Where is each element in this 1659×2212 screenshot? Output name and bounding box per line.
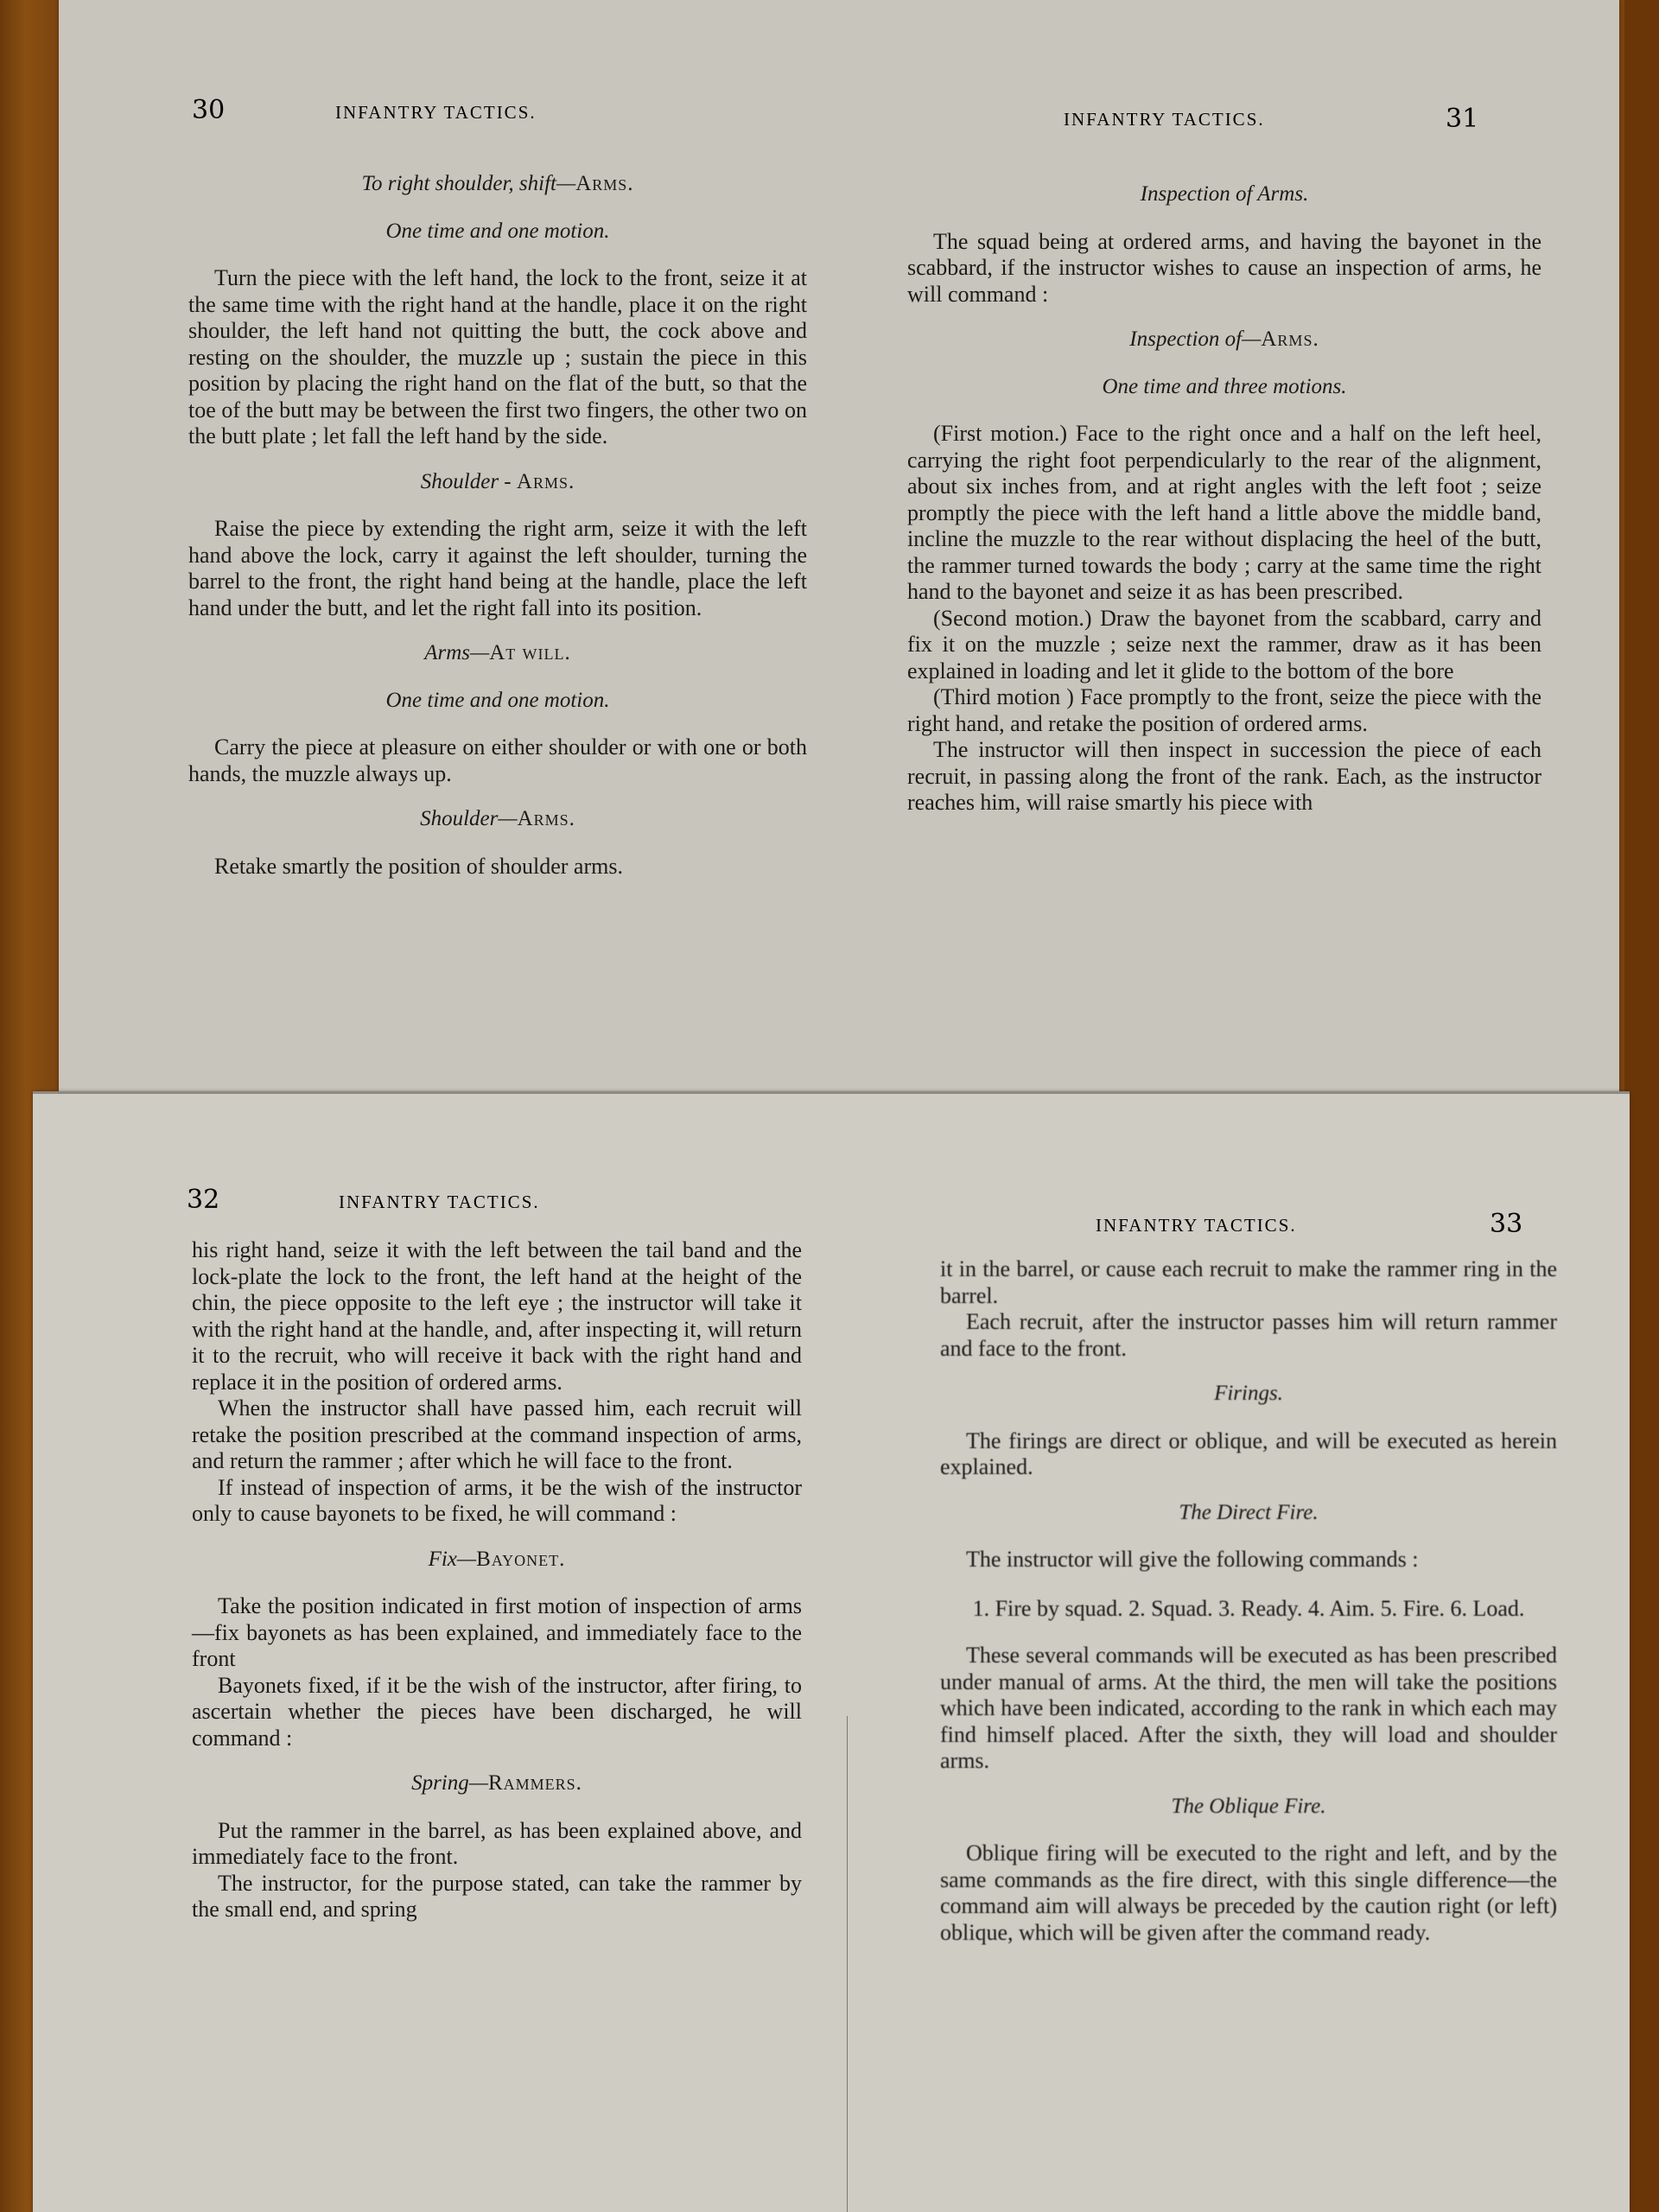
body-paragraph: (Third motion ) Face promptly to the fro… xyxy=(907,684,1541,737)
heading-command: Bayonet. xyxy=(476,1548,565,1571)
heading-command: Arms. xyxy=(575,172,633,195)
section-heading: The Direct Fire. xyxy=(940,1500,1557,1527)
gutter xyxy=(828,207,829,950)
heading-command: Arms. xyxy=(518,807,575,830)
body-paragraph: Bayonets fixed, if it be the wish of the… xyxy=(192,1673,802,1752)
section-heading: One time and one motion. xyxy=(188,219,807,245)
body-paragraph: Carry the piece at pleasure on either sh… xyxy=(188,734,807,787)
page-number: 33 xyxy=(1490,1209,1522,1239)
section-heading: Shoulder—Arms. xyxy=(188,806,807,833)
bottom-sheet: 32 INFANTRY TACTICS. his right hand, sei… xyxy=(33,1091,1630,2212)
top-sheet: 30 INFANTRY TACTICS. To right shoulder, … xyxy=(59,0,1619,1091)
command-list: 1. Fire by squad. 2. Squad. 3. Ready. 4.… xyxy=(940,1596,1557,1623)
heading-italic: To right shoulder, shift— xyxy=(361,172,575,195)
heading-italic: Shoulder— xyxy=(420,807,518,830)
heading-italic: The Direct Fire. xyxy=(1179,1501,1318,1524)
section-heading: One time and one motion. xyxy=(188,688,807,715)
page-number: 31 xyxy=(1446,104,1478,134)
heading-italic: Inspection of Arms. xyxy=(1141,182,1309,206)
heading-command: At will. xyxy=(489,641,571,664)
body-paragraph: The squad being at ordered arms, and hav… xyxy=(907,229,1541,308)
heading-command: Rammers. xyxy=(488,1771,582,1795)
heading-italic: Fix— xyxy=(429,1548,477,1571)
body-paragraph: Raise the piece by extending the right a… xyxy=(188,516,807,621)
body-paragraph: The firings are direct or oblique, and w… xyxy=(940,1428,1557,1481)
heading-italic: Shoulder - xyxy=(421,470,517,493)
running-title: INFANTRY TACTICS. xyxy=(335,102,537,124)
body-paragraph: Retake smartly the position of shoulder … xyxy=(188,854,807,880)
gutter xyxy=(847,1716,848,2212)
section-heading: Firings. xyxy=(940,1381,1557,1408)
section-heading: Arms—At will. xyxy=(188,640,807,667)
heading-italic: One time and one motion. xyxy=(386,689,610,712)
page-31-body: Inspection of Arms.The squad being at or… xyxy=(907,162,1541,817)
body-paragraph: The instructor will give the following c… xyxy=(940,1547,1557,1573)
body-paragraph: Take the position indicated in first mot… xyxy=(192,1593,802,1673)
body-paragraph: (First motion.) Face to the right once a… xyxy=(907,421,1541,606)
heading-italic: Spring— xyxy=(411,1771,488,1795)
section-heading: To right shoulder, shift—Arms. xyxy=(188,171,807,198)
heading-italic: The Oblique Fire. xyxy=(1172,1795,1326,1818)
running-title: INFANTRY TACTICS. xyxy=(339,1192,540,1213)
running-title: INFANTRY TACTICS. xyxy=(1064,109,1265,130)
heading-italic: Arms— xyxy=(424,641,489,664)
body-paragraph: Oblique firing will be executed to the r… xyxy=(940,1840,1557,1946)
body-paragraph: If instead of inspection of arms, it be … xyxy=(192,1475,802,1528)
body-paragraph: his right hand, seize it with the left b… xyxy=(192,1237,802,1395)
body-paragraph: Put the rammer in the barrel, as has bee… xyxy=(192,1818,802,1871)
wood-background-right xyxy=(1624,0,1659,2212)
section-heading: One time and three motions. xyxy=(907,374,1541,401)
heading-italic: One time and three motions. xyxy=(1102,375,1346,398)
heading-italic: Firings. xyxy=(1214,1382,1283,1405)
running-title: INFANTRY TACTICS. xyxy=(1096,1215,1297,1236)
section-heading: Inspection of Arms. xyxy=(907,181,1541,208)
body-paragraph: it in the barrel, or cause each recruit … xyxy=(940,1256,1557,1309)
heading-italic: Inspection of— xyxy=(1129,327,1261,351)
body-paragraph: When the instructor shall have passed hi… xyxy=(192,1395,802,1475)
page-32-body: his right hand, seize it with the left b… xyxy=(192,1237,802,1923)
body-paragraph: The instructor, for the purpose stated, … xyxy=(192,1871,802,1923)
body-paragraph: Each recruit, after the instructor passe… xyxy=(940,1309,1557,1362)
section-heading: The Oblique Fire. xyxy=(940,1794,1557,1821)
body-paragraph: The instructor will then inspect in succ… xyxy=(907,737,1541,817)
body-paragraph: Turn the piece with the left hand, the l… xyxy=(188,265,807,450)
page-number: 32 xyxy=(187,1185,219,1215)
section-heading: Shoulder - Arms. xyxy=(188,469,807,496)
section-heading: Inspection of—Arms. xyxy=(907,327,1541,353)
heading-italic: One time and one motion. xyxy=(386,219,610,243)
section-heading: Fix—Bayonet. xyxy=(192,1547,802,1573)
heading-command: Arms. xyxy=(1261,327,1319,351)
page-30-body: To right shoulder, shift—Arms.One time a… xyxy=(188,152,807,880)
body-paragraph: (Second motion.) Draw the bayonet from t… xyxy=(907,606,1541,685)
body-paragraph: These several commands will be executed … xyxy=(940,1643,1557,1775)
page-33-body: it in the barrel, or cause each recruit … xyxy=(940,1256,1557,1946)
section-heading: Spring—Rammers. xyxy=(192,1770,802,1797)
heading-command: Arms. xyxy=(517,470,575,493)
page-number: 30 xyxy=(192,95,225,125)
